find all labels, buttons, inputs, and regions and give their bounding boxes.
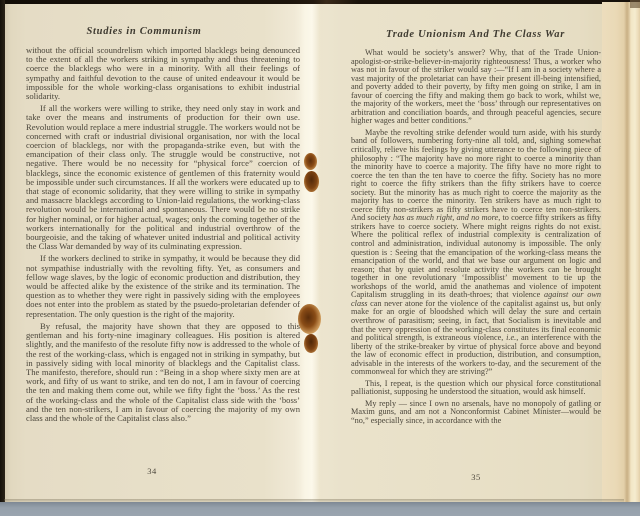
left-page-number: 34	[26, 466, 278, 476]
paragraph: By refusal, the majority have shown that…	[26, 322, 300, 423]
paragraph: Maybe the revolting strike defender woul…	[351, 129, 601, 377]
paragraph: What would be society’s answer? Why, tha…	[351, 49, 601, 126]
paragraph-segment: Maybe the revolting strike defender woul…	[351, 128, 601, 222]
left-running-head: Studies in Communism	[14, 26, 274, 37]
scanned-book-photo: Studies in Communism without the officia…	[0, 0, 640, 516]
paragraph: If the workers declined to strike in sym…	[26, 254, 300, 318]
stain-mark	[298, 304, 321, 334]
right-running-head: Trade Unionism And The Class War	[351, 29, 600, 40]
paragraph: This, I repeat, is the question which ou…	[351, 380, 601, 397]
open-book-spread: Studies in Communism without the officia…	[4, 4, 602, 503]
stain-mark	[304, 334, 318, 353]
table-surface	[0, 502, 640, 516]
paragraph-segment: , to coerce fifty strikers as fifty stri…	[351, 213, 601, 299]
paragraph: If all the workers were willing to strik…	[26, 104, 300, 251]
paragraph: My reply — since I own no arsenals, have…	[351, 400, 601, 426]
book-gutter	[300, 4, 326, 503]
book-left-edge	[0, 0, 5, 503]
stain-mark	[304, 171, 319, 192]
right-page-number: 35	[351, 472, 601, 482]
page-edge-corner-shadow	[630, 0, 640, 8]
stain-mark	[304, 153, 317, 170]
right-page-text: What would be society’s answer? Why, tha…	[351, 49, 601, 429]
left-page-text: without the official scoundrelism which …	[26, 46, 300, 426]
paragraph: without the official scoundrelism which …	[26, 46, 300, 101]
page-edge-stack	[602, 2, 640, 502]
